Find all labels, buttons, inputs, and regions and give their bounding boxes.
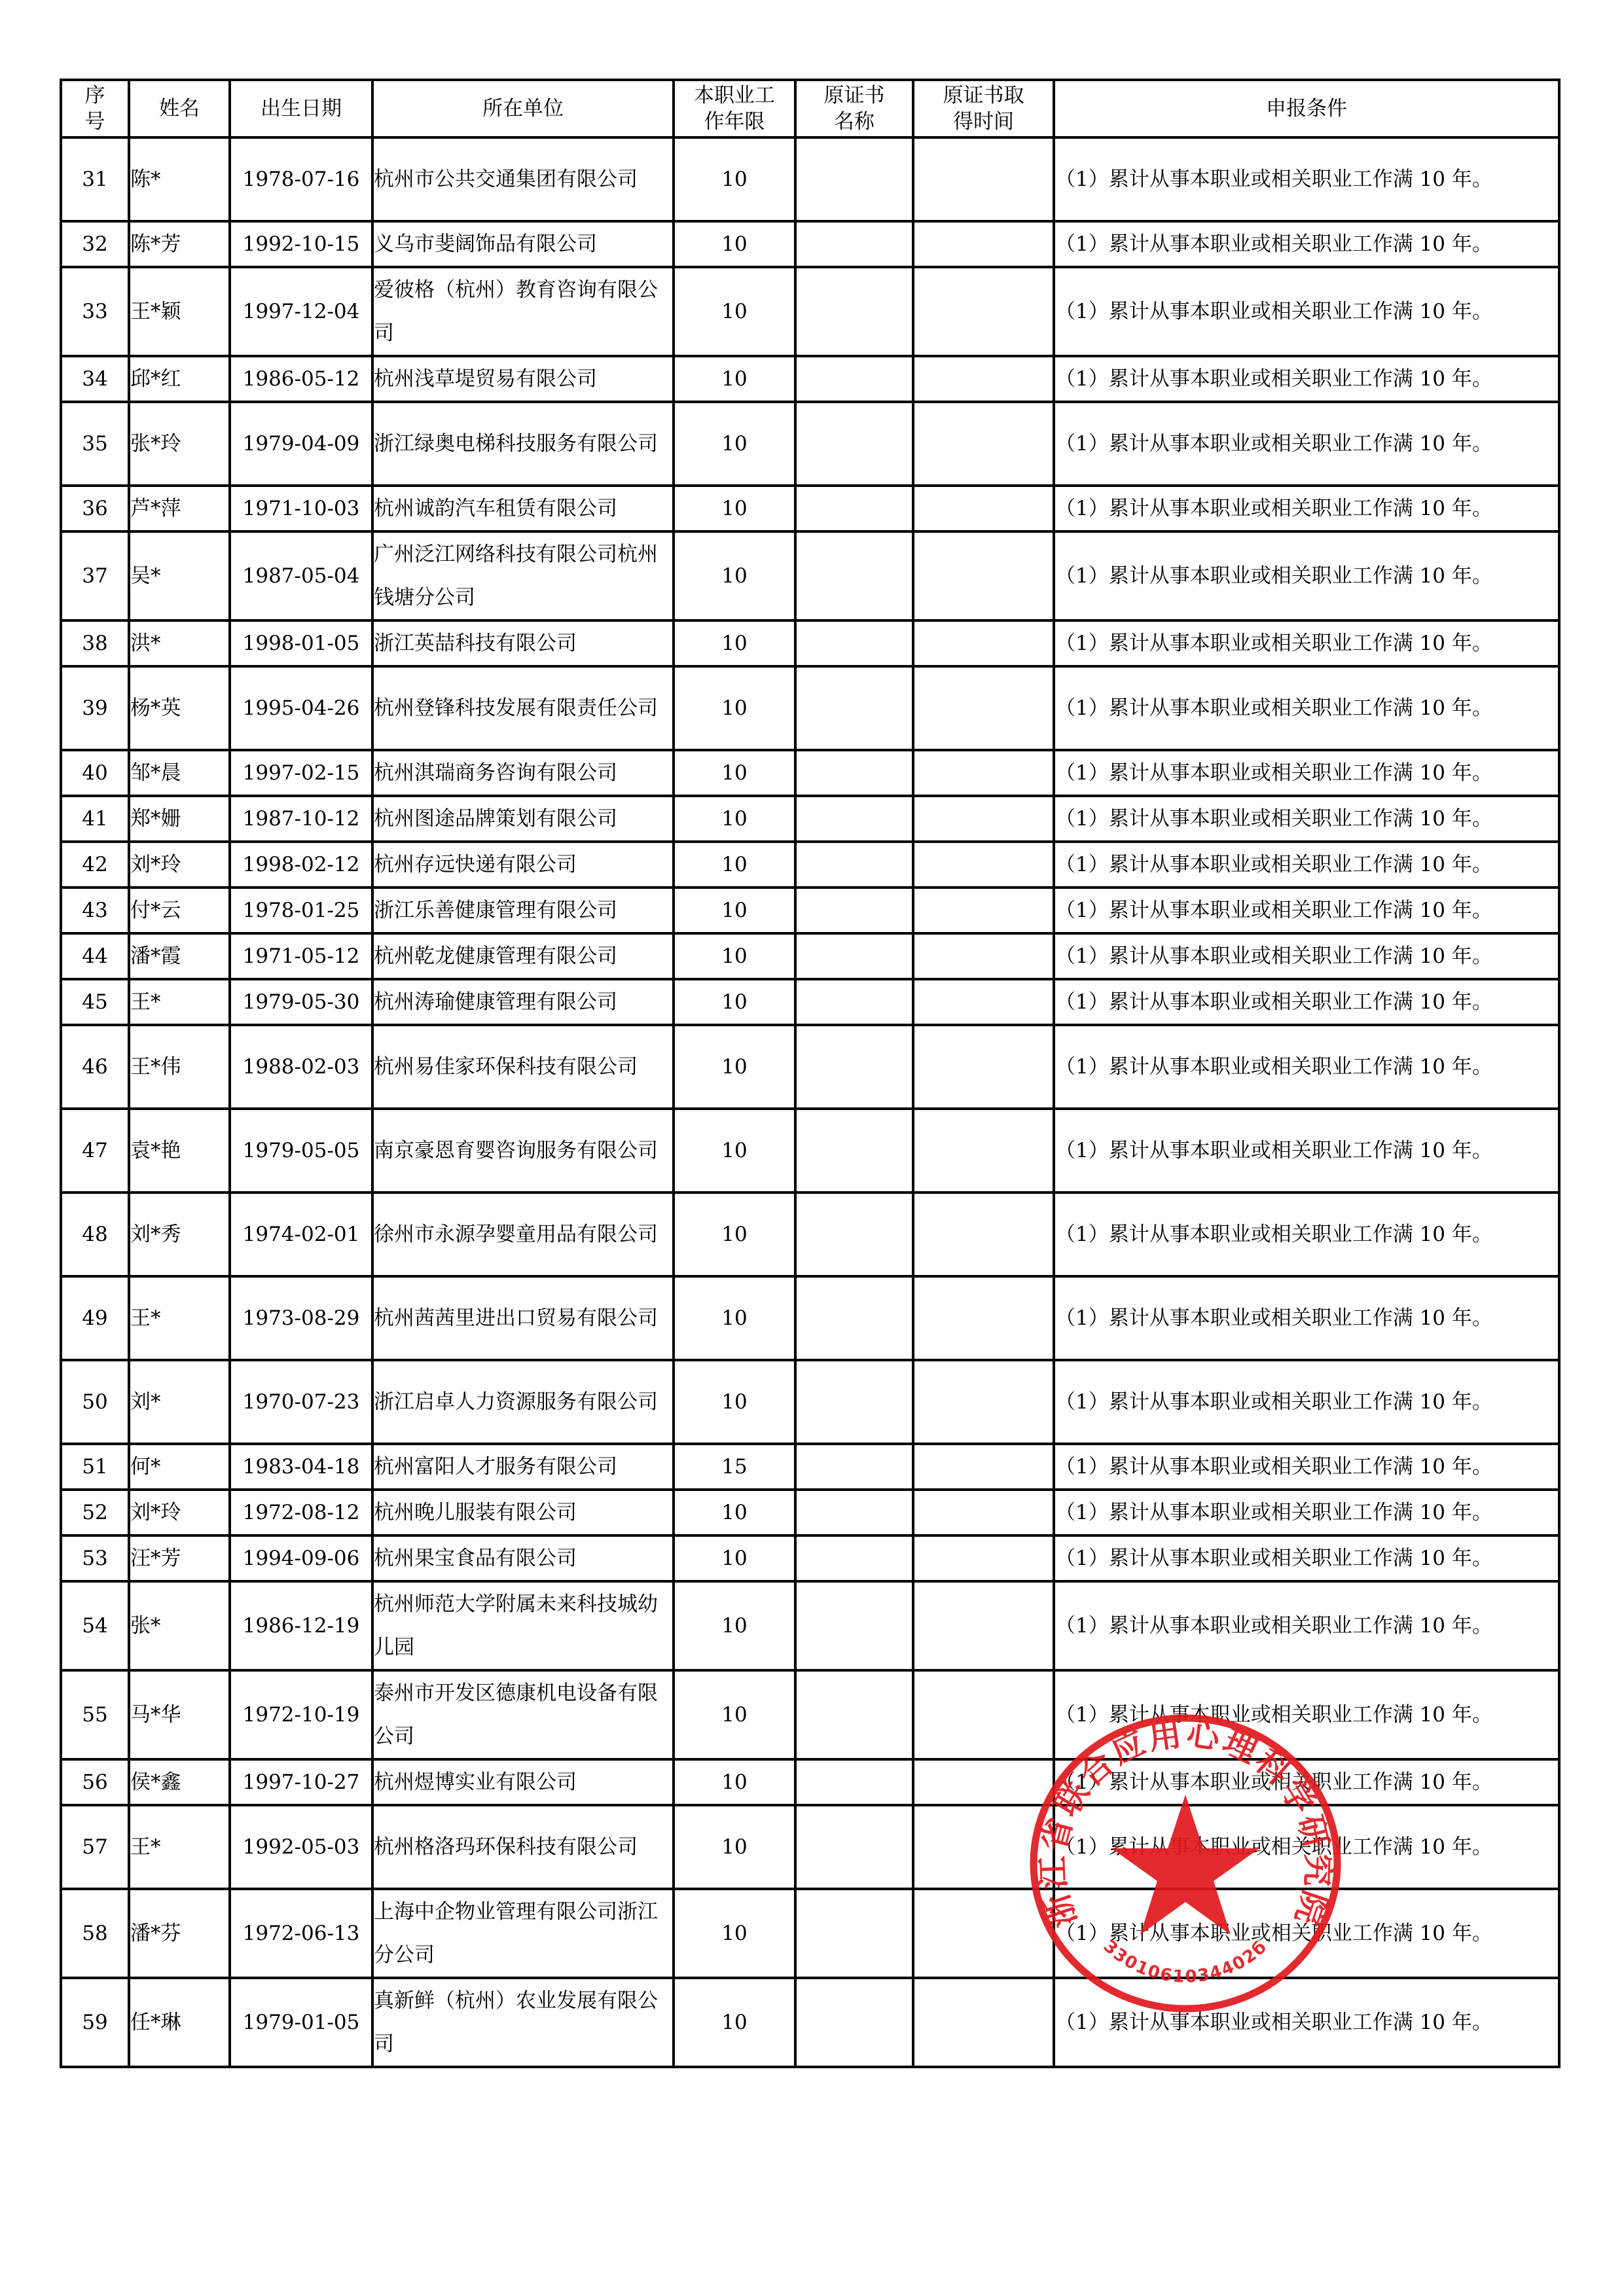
cell-cert-date <box>913 1759 1054 1805</box>
cell-no: 53 <box>61 1535 129 1581</box>
cell-unit: 上海中企物业管理有限公司浙江分公司 <box>372 1889 674 1978</box>
cell-years: 10 <box>674 620 795 666</box>
cell-unit: 爱彼格（杭州）教育咨询有限公司 <box>372 267 674 356</box>
table-row: 31陈*1978-07-16杭州市公共交通集团有限公司10（1）累计从事本职业或… <box>61 137 1559 221</box>
cell-cert-date <box>913 1193 1054 1276</box>
cell-unit: 杭州涛瑜健康管理有限公司 <box>372 979 674 1025</box>
cell-cert-name <box>795 486 913 531</box>
cell-unit: 浙江英喆科技有限公司 <box>372 620 674 666</box>
cell-years: 10 <box>674 1670 795 1759</box>
cell-cert-name <box>795 1490 913 1535</box>
cell-no: 35 <box>61 402 129 486</box>
cell-cert-name <box>795 267 913 356</box>
cell-name: 刘*秀 <box>129 1193 230 1276</box>
cell-cert-name <box>795 1581 913 1670</box>
cell-name: 潘*霞 <box>129 933 230 979</box>
cell-name: 汪*芳 <box>129 1535 230 1581</box>
cell-dob: 1973-08-29 <box>230 1276 372 1360</box>
cell-unit: 杭州登锋科技发展有限责任公司 <box>372 666 674 750</box>
cell-no: 47 <box>61 1109 129 1193</box>
cell-unit: 杭州乾龙健康管理有限公司 <box>372 933 674 979</box>
cell-cert-name <box>795 1193 913 1276</box>
cell-dob: 1972-06-13 <box>230 1889 372 1978</box>
cell-years: 10 <box>674 1193 795 1276</box>
table-row: 47袁*艳1979-05-05南京豪恩育婴咨询服务有限公司10（1）累计从事本职… <box>61 1109 1559 1193</box>
cell-name: 潘*芬 <box>129 1889 230 1978</box>
cell-name: 何* <box>129 1444 230 1490</box>
cell-dob: 1978-07-16 <box>230 137 372 221</box>
cell-name: 郑*姗 <box>129 796 230 842</box>
cell-dob: 1971-10-03 <box>230 486 372 531</box>
cell-condition: （1）累计从事本职业或相关职业工作满 10 年。 <box>1054 1276 1559 1360</box>
cell-unit: 浙江乐善健康管理有限公司 <box>372 888 674 933</box>
cell-cert-date <box>913 979 1054 1025</box>
cell-cert-date <box>913 842 1054 888</box>
cell-years: 10 <box>674 1535 795 1581</box>
cell-unit: 杭州格洛玛环保科技有限公司 <box>372 1805 674 1889</box>
cell-cert-name <box>795 1109 913 1193</box>
cell-no: 50 <box>61 1360 129 1444</box>
cell-dob: 1992-05-03 <box>230 1805 372 1889</box>
cell-unit: 杭州富阳人才服务有限公司 <box>372 1444 674 1490</box>
cell-condition: （1）累计从事本职业或相关职业工作满 10 年。 <box>1054 1670 1559 1759</box>
cell-name: 刘* <box>129 1360 230 1444</box>
cell-condition: （1）累计从事本职业或相关职业工作满 10 年。 <box>1054 1535 1559 1581</box>
cell-years: 10 <box>674 356 795 402</box>
cell-cert-name <box>795 620 913 666</box>
table-row: 53汪*芳1994-09-06杭州果宝食品有限公司10（1）累计从事本职业或相关… <box>61 1535 1559 1581</box>
cell-unit: 徐州市永源孕婴童用品有限公司 <box>372 1193 674 1276</box>
cell-unit: 浙江启卓人力资源服务有限公司 <box>372 1360 674 1444</box>
cell-cert-date <box>913 221 1054 267</box>
table-row: 57王*1992-05-03杭州格洛玛环保科技有限公司10（1）累计从事本职业或… <box>61 1805 1559 1889</box>
header-dob: 出生日期 <box>230 80 372 137</box>
table-row: 48刘*秀1974-02-01徐州市永源孕婴童用品有限公司10（1）累计从事本职… <box>61 1193 1559 1276</box>
table-row: 52刘*玲1972-08-12杭州晚儿服装有限公司10（1）累计从事本职业或相关… <box>61 1490 1559 1535</box>
cell-cert-date <box>913 666 1054 750</box>
cell-cert-name <box>795 979 913 1025</box>
cell-dob: 1979-05-30 <box>230 979 372 1025</box>
cell-no: 48 <box>61 1193 129 1276</box>
cell-years: 10 <box>674 1581 795 1670</box>
cell-cert-date <box>913 1535 1054 1581</box>
cell-name: 芦*萍 <box>129 486 230 531</box>
cell-cert-name <box>795 221 913 267</box>
cell-no: 42 <box>61 842 129 888</box>
cell-condition: （1）累计从事本职业或相关职业工作满 10 年。 <box>1054 979 1559 1025</box>
cell-cert-date <box>913 1978 1054 2067</box>
table-row: 45王*1979-05-30杭州涛瑜健康管理有限公司10（1）累计从事本职业或相… <box>61 979 1559 1025</box>
cell-no: 51 <box>61 1444 129 1490</box>
cell-cert-date <box>913 1444 1054 1490</box>
cell-dob: 1997-10-27 <box>230 1759 372 1805</box>
cell-dob: 1995-04-26 <box>230 666 372 750</box>
cell-cert-date <box>913 620 1054 666</box>
cell-no: 39 <box>61 666 129 750</box>
table-row: 46王*伟1988-02-03杭州易佳家环保科技有限公司10（1）累计从事本职业… <box>61 1025 1559 1109</box>
cell-dob: 1978-01-25 <box>230 888 372 933</box>
cell-no: 36 <box>61 486 129 531</box>
cell-no: 38 <box>61 620 129 666</box>
cell-unit: 杭州市公共交通集团有限公司 <box>372 137 674 221</box>
header-no: 序号 <box>61 80 129 137</box>
cell-years: 10 <box>674 1276 795 1360</box>
cell-cert-date <box>913 267 1054 356</box>
cell-years: 10 <box>674 1805 795 1889</box>
table-row: 54张*1986-12-19杭州师范大学附属未来科技城幼儿园10（1）累计从事本… <box>61 1581 1559 1670</box>
cell-dob: 1970-07-23 <box>230 1360 372 1444</box>
cell-name: 张* <box>129 1581 230 1670</box>
cell-no: 40 <box>61 750 129 796</box>
cell-dob: 1994-09-06 <box>230 1535 372 1581</box>
cell-no: 49 <box>61 1276 129 1360</box>
cell-unit: 杭州诚韵汽车租赁有限公司 <box>372 486 674 531</box>
cell-condition: （1）累计从事本职业或相关职业工作满 10 年。 <box>1054 486 1559 531</box>
table-body: 31陈*1978-07-16杭州市公共交通集团有限公司10（1）累计从事本职业或… <box>61 137 1559 2067</box>
cell-years: 10 <box>674 666 795 750</box>
cell-years: 10 <box>674 267 795 356</box>
cell-dob: 1971-05-12 <box>230 933 372 979</box>
cell-unit: 杭州晚儿服装有限公司 <box>372 1490 674 1535</box>
cell-unit: 真新鲜（杭州）农业发展有限公司 <box>372 1978 674 2067</box>
table-row: 36芦*萍1971-10-03杭州诚韵汽车租赁有限公司10（1）累计从事本职业或… <box>61 486 1559 531</box>
cell-no: 52 <box>61 1490 129 1535</box>
table-row: 34邱*红1986-05-12杭州浅草堤贸易有限公司10（1）累计从事本职业或相… <box>61 356 1559 402</box>
cell-condition: （1）累计从事本职业或相关职业工作满 10 年。 <box>1054 1025 1559 1109</box>
cell-no: 55 <box>61 1670 129 1759</box>
cell-years: 10 <box>674 1025 795 1109</box>
cell-name: 洪* <box>129 620 230 666</box>
cell-dob: 1988-02-03 <box>230 1025 372 1109</box>
cell-cert-date <box>913 888 1054 933</box>
cell-unit: 杭州易佳家环保科技有限公司 <box>372 1025 674 1109</box>
cell-years: 10 <box>674 486 795 531</box>
cell-no: 31 <box>61 137 129 221</box>
cell-cert-name <box>795 1025 913 1109</box>
table-row: 39杨*英1995-04-26杭州登锋科技发展有限责任公司10（1）累计从事本职… <box>61 666 1559 750</box>
cell-unit: 南京豪恩育婴咨询服务有限公司 <box>372 1109 674 1193</box>
cell-cert-name <box>795 842 913 888</box>
cell-no: 44 <box>61 933 129 979</box>
cell-name: 侯*鑫 <box>129 1759 230 1805</box>
table-row: 59任*琳1979-01-05真新鲜（杭州）农业发展有限公司10（1）累计从事本… <box>61 1978 1559 2067</box>
cell-no: 32 <box>61 221 129 267</box>
cell-condition: （1）累计从事本职业或相关职业工作满 10 年。 <box>1054 221 1559 267</box>
cell-dob: 1987-10-12 <box>230 796 372 842</box>
table-row: 43付*云1978-01-25浙江乐善健康管理有限公司10（1）累计从事本职业或… <box>61 888 1559 933</box>
cell-no: 46 <box>61 1025 129 1109</box>
cell-dob: 1979-05-05 <box>230 1109 372 1193</box>
cell-dob: 1979-01-05 <box>230 1978 372 2067</box>
cell-cert-name <box>795 888 913 933</box>
cell-cert-date <box>913 796 1054 842</box>
cell-cert-date <box>913 1109 1054 1193</box>
cell-cert-name <box>795 531 913 620</box>
cell-cert-name <box>795 402 913 486</box>
cell-condition: （1）累计从事本职业或相关职业工作满 10 年。 <box>1054 933 1559 979</box>
cell-condition: （1）累计从事本职业或相关职业工作满 10 年。 <box>1054 796 1559 842</box>
cell-cert-date <box>913 933 1054 979</box>
cell-no: 37 <box>61 531 129 620</box>
table-row: 51何*1983-04-18杭州富阳人才服务有限公司15（1）累计从事本职业或相… <box>61 1444 1559 1490</box>
cell-name: 邱*红 <box>129 356 230 402</box>
cell-cert-name <box>795 1805 913 1889</box>
cell-condition: （1）累计从事本职业或相关职业工作满 10 年。 <box>1054 356 1559 402</box>
cell-years: 10 <box>674 842 795 888</box>
header-condition: 申报条件 <box>1054 80 1559 137</box>
cell-cert-name <box>795 356 913 402</box>
table-row: 58潘*芬1972-06-13上海中企物业管理有限公司浙江分公司10（1）累计从… <box>61 1889 1559 1978</box>
cell-condition: （1）累计从事本职业或相关职业工作满 10 年。 <box>1054 620 1559 666</box>
cell-no: 54 <box>61 1581 129 1670</box>
cell-name: 刘*玲 <box>129 842 230 888</box>
cell-cert-name <box>795 1889 913 1978</box>
cell-name: 王* <box>129 1276 230 1360</box>
cell-cert-date <box>913 1805 1054 1889</box>
cell-unit: 杭州淇瑞商务咨询有限公司 <box>372 750 674 796</box>
cell-dob: 1972-10-19 <box>230 1670 372 1759</box>
cell-condition: （1）累计从事本职业或相关职业工作满 10 年。 <box>1054 1805 1559 1889</box>
cell-years: 10 <box>674 1360 795 1444</box>
cell-cert-name <box>795 666 913 750</box>
cell-unit: 杭州茜茜里进出口贸易有限公司 <box>372 1276 674 1360</box>
cell-cert-date <box>913 1490 1054 1535</box>
cell-years: 10 <box>674 137 795 221</box>
cell-name: 张*玲 <box>129 402 230 486</box>
cell-dob: 1992-10-15 <box>230 221 372 267</box>
header-name: 姓名 <box>129 80 230 137</box>
cell-cert-name <box>795 1670 913 1759</box>
cell-no: 33 <box>61 267 129 356</box>
cell-condition: （1）累计从事本职业或相关职业工作满 10 年。 <box>1054 842 1559 888</box>
table-row: 56侯*鑫1997-10-27杭州煜博实业有限公司10（1）累计从事本职业或相关… <box>61 1759 1559 1805</box>
cell-years: 10 <box>674 888 795 933</box>
cell-years: 10 <box>674 221 795 267</box>
cell-condition: （1）累计从事本职业或相关职业工作满 10 年。 <box>1054 402 1559 486</box>
cell-name: 马*华 <box>129 1670 230 1759</box>
cell-condition: （1）累计从事本职业或相关职业工作满 10 年。 <box>1054 1444 1559 1490</box>
cell-name: 王*颖 <box>129 267 230 356</box>
header-cert-date: 原证书取得时间 <box>913 80 1054 137</box>
header-years: 本职业工作年限 <box>674 80 795 137</box>
cell-condition: （1）累计从事本职业或相关职业工作满 10 年。 <box>1054 1193 1559 1276</box>
cell-cert-date <box>913 1581 1054 1670</box>
cell-dob: 1998-01-05 <box>230 620 372 666</box>
cell-unit: 杭州浅草堤贸易有限公司 <box>372 356 674 402</box>
cell-dob: 1986-12-19 <box>230 1581 372 1670</box>
cell-unit: 义乌市斐阔饰品有限公司 <box>372 221 674 267</box>
cell-cert-name <box>795 933 913 979</box>
cell-years: 10 <box>674 1978 795 2067</box>
cell-name: 王* <box>129 979 230 1025</box>
cell-years: 10 <box>674 796 795 842</box>
cell-condition: （1）累计从事本职业或相关职业工作满 10 年。 <box>1054 1490 1559 1535</box>
cell-cert-date <box>913 1276 1054 1360</box>
cell-name: 陈*芳 <box>129 221 230 267</box>
cell-years: 10 <box>674 750 795 796</box>
cell-years: 10 <box>674 1889 795 1978</box>
table-row: 41郑*姗1987-10-12杭州图途品牌策划有限公司10（1）累计从事本职业或… <box>61 796 1559 842</box>
cell-no: 59 <box>61 1978 129 2067</box>
cell-name: 刘*玲 <box>129 1490 230 1535</box>
cell-unit: 杭州煜博实业有限公司 <box>372 1759 674 1805</box>
cell-condition: （1）累计从事本职业或相关职业工作满 10 年。 <box>1054 666 1559 750</box>
cell-dob: 1997-02-15 <box>230 750 372 796</box>
cell-cert-name <box>795 137 913 221</box>
cell-cert-name <box>795 796 913 842</box>
cell-years: 15 <box>674 1444 795 1490</box>
table-row: 35张*玲1979-04-09浙江绿奥电梯科技服务有限公司10（1）累计从事本职… <box>61 402 1559 486</box>
cell-unit: 杭州存远快递有限公司 <box>372 842 674 888</box>
cell-cert-name <box>795 1444 913 1490</box>
cell-cert-date <box>913 750 1054 796</box>
table-row: 32陈*芳1992-10-15义乌市斐阔饰品有限公司10（1）累计从事本职业或相… <box>61 221 1559 267</box>
cell-unit: 广州泛江网络科技有限公司杭州钱塘分公司 <box>372 531 674 620</box>
cell-condition: （1）累计从事本职业或相关职业工作满 10 年。 <box>1054 888 1559 933</box>
cell-name: 吴* <box>129 531 230 620</box>
cell-cert-date <box>913 1889 1054 1978</box>
cell-no: 41 <box>61 796 129 842</box>
cell-cert-date <box>913 486 1054 531</box>
cell-cert-date <box>913 356 1054 402</box>
cell-dob: 1979-04-09 <box>230 402 372 486</box>
table-row: 37吴*1987-05-04广州泛江网络科技有限公司杭州钱塘分公司10（1）累计… <box>61 531 1559 620</box>
cell-years: 10 <box>674 531 795 620</box>
cell-condition: （1）累计从事本职业或相关职业工作满 10 年。 <box>1054 267 1559 356</box>
cell-name: 王* <box>129 1805 230 1889</box>
table-row: 50刘*1970-07-23浙江启卓人力资源服务有限公司10（1）累计从事本职业… <box>61 1360 1559 1444</box>
cell-cert-date <box>913 1025 1054 1109</box>
cell-dob: 1987-05-04 <box>230 531 372 620</box>
cell-condition: （1）累计从事本职业或相关职业工作满 10 年。 <box>1054 1109 1559 1193</box>
cell-dob: 1998-02-12 <box>230 842 372 888</box>
cell-condition: （1）累计从事本职业或相关职业工作满 10 年。 <box>1054 531 1559 620</box>
cell-name: 袁*艳 <box>129 1109 230 1193</box>
table-row: 33王*颖1997-12-04爱彼格（杭州）教育咨询有限公司10（1）累计从事本… <box>61 267 1559 356</box>
cell-no: 34 <box>61 356 129 402</box>
cell-dob: 1983-04-18 <box>230 1444 372 1490</box>
cell-cert-name <box>795 750 913 796</box>
cell-years: 10 <box>674 1109 795 1193</box>
cell-years: 10 <box>674 1759 795 1805</box>
cell-no: 43 <box>61 888 129 933</box>
cell-unit: 杭州师范大学附属未来科技城幼儿园 <box>372 1581 674 1670</box>
header-unit: 所在单位 <box>372 80 674 137</box>
cell-name: 陈* <box>129 137 230 221</box>
cell-unit: 杭州图途品牌策划有限公司 <box>372 796 674 842</box>
cell-no: 56 <box>61 1759 129 1805</box>
cell-cert-name <box>795 1759 913 1805</box>
cell-no: 58 <box>61 1889 129 1978</box>
table-row: 55马*华1972-10-19泰州市开发区德康机电设备有限公司10（1）累计从事… <box>61 1670 1559 1759</box>
cell-dob: 1974-02-01 <box>230 1193 372 1276</box>
cell-dob: 1986-05-12 <box>230 356 372 402</box>
cell-years: 10 <box>674 933 795 979</box>
cell-cert-date <box>913 531 1054 620</box>
cell-years: 10 <box>674 1490 795 1535</box>
applicant-table: 序号 姓名 出生日期 所在单位 本职业工作年限 原证书名称 原证书取得时间 申报… <box>60 79 1561 2068</box>
cell-no: 45 <box>61 979 129 1025</box>
cell-no: 57 <box>61 1805 129 1889</box>
table-row: 38洪*1998-01-05浙江英喆科技有限公司10（1）累计从事本职业或相关职… <box>61 620 1559 666</box>
cell-name: 付*云 <box>129 888 230 933</box>
header-cert-name: 原证书名称 <box>795 80 913 137</box>
cell-cert-name <box>795 1276 913 1360</box>
cell-cert-date <box>913 137 1054 221</box>
cell-condition: （1）累计从事本职业或相关职业工作满 10 年。 <box>1054 1581 1559 1670</box>
cell-cert-date <box>913 1360 1054 1444</box>
table-row: 44潘*霞1971-05-12杭州乾龙健康管理有限公司10（1）累计从事本职业或… <box>61 933 1559 979</box>
cell-condition: （1）累计从事本职业或相关职业工作满 10 年。 <box>1054 137 1559 221</box>
table-row: 42刘*玲1998-02-12杭州存远快递有限公司10（1）累计从事本职业或相关… <box>61 842 1559 888</box>
cell-dob: 1997-12-04 <box>230 267 372 356</box>
cell-unit: 浙江绿奥电梯科技服务有限公司 <box>372 402 674 486</box>
table-row: 49王*1973-08-29杭州茜茜里进出口贸易有限公司10（1）累计从事本职业… <box>61 1276 1559 1360</box>
document-page: 序号 姓名 出生日期 所在单位 本职业工作年限 原证书名称 原证书取得时间 申报… <box>0 0 1624 2296</box>
cell-name: 任*琳 <box>129 1978 230 2067</box>
cell-cert-name <box>795 1535 913 1581</box>
cell-cert-name <box>795 1360 913 1444</box>
cell-cert-date <box>913 402 1054 486</box>
cell-cert-name <box>795 1978 913 2067</box>
cell-condition: （1）累计从事本职业或相关职业工作满 10 年。 <box>1054 1759 1559 1805</box>
cell-condition: （1）累计从事本职业或相关职业工作满 10 年。 <box>1054 750 1559 796</box>
cell-name: 杨*英 <box>129 666 230 750</box>
table-row: 40邹*晨1997-02-15杭州淇瑞商务咨询有限公司10（1）累计从事本职业或… <box>61 750 1559 796</box>
cell-name: 王*伟 <box>129 1025 230 1109</box>
cell-years: 10 <box>674 979 795 1025</box>
cell-name: 邹*晨 <box>129 750 230 796</box>
cell-years: 10 <box>674 402 795 486</box>
cell-unit: 泰州市开发区德康机电设备有限公司 <box>372 1670 674 1759</box>
cell-unit: 杭州果宝食品有限公司 <box>372 1535 674 1581</box>
table-header-row: 序号 姓名 出生日期 所在单位 本职业工作年限 原证书名称 原证书取得时间 申报… <box>61 80 1559 137</box>
cell-condition: （1）累计从事本职业或相关职业工作满 10 年。 <box>1054 1889 1559 1978</box>
cell-dob: 1972-08-12 <box>230 1490 372 1535</box>
cell-cert-date <box>913 1670 1054 1759</box>
cell-condition: （1）累计从事本职业或相关职业工作满 10 年。 <box>1054 1978 1559 2067</box>
cell-condition: （1）累计从事本职业或相关职业工作满 10 年。 <box>1054 1360 1559 1444</box>
